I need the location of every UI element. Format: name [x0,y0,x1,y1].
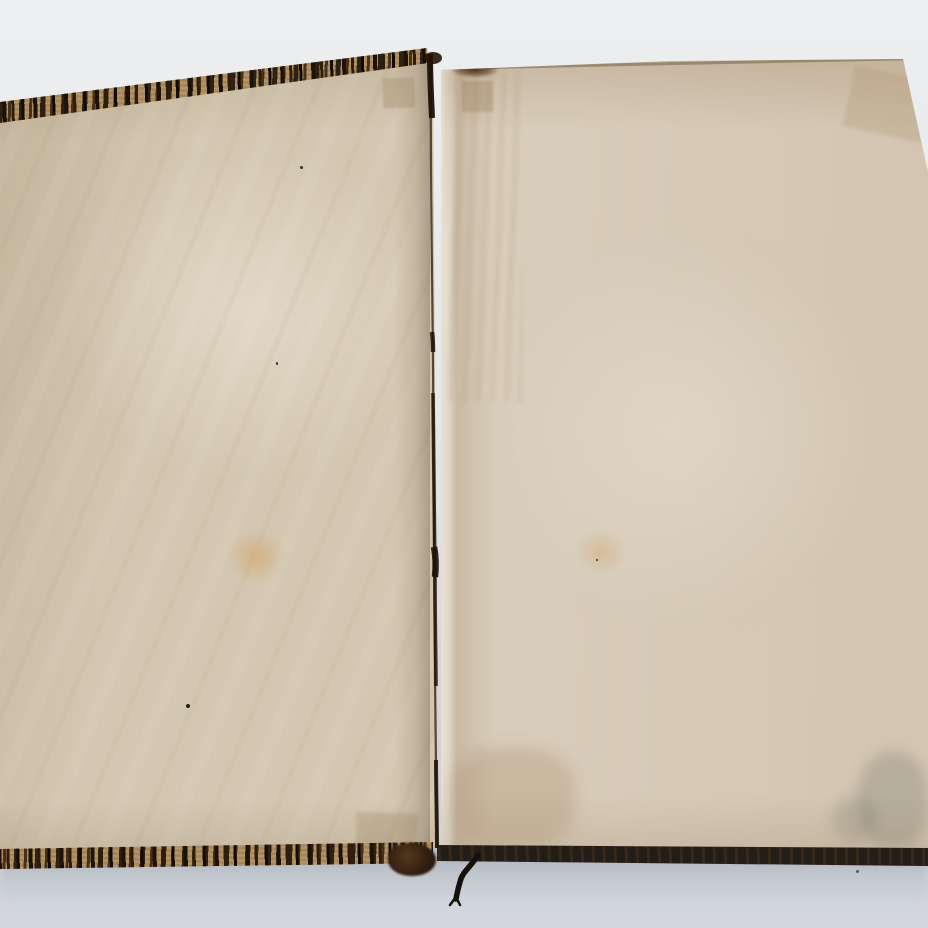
spine-tail [388,843,436,876]
burn-mark-top-gutter [450,61,500,78]
tape-residue-left-top [382,77,415,108]
paper-speck [276,362,278,365]
paper-speck [596,559,598,561]
stain-bottom-gutter [450,748,576,848]
right-page-water-streaks [445,72,523,402]
corner-smudge [832,796,876,842]
background-speck [856,870,859,873]
tape-residue-right-corner [843,65,928,144]
paper-speck [186,704,190,708]
photo-open-book [0,0,928,928]
tape-residue-right-top [462,81,493,112]
paper-speck [300,166,303,169]
foxing-stain-left-page [227,529,285,583]
left-page-gutter-shading [394,50,430,850]
foxing-stain-right-page [576,530,626,574]
right-page-highlight [480,230,880,630]
